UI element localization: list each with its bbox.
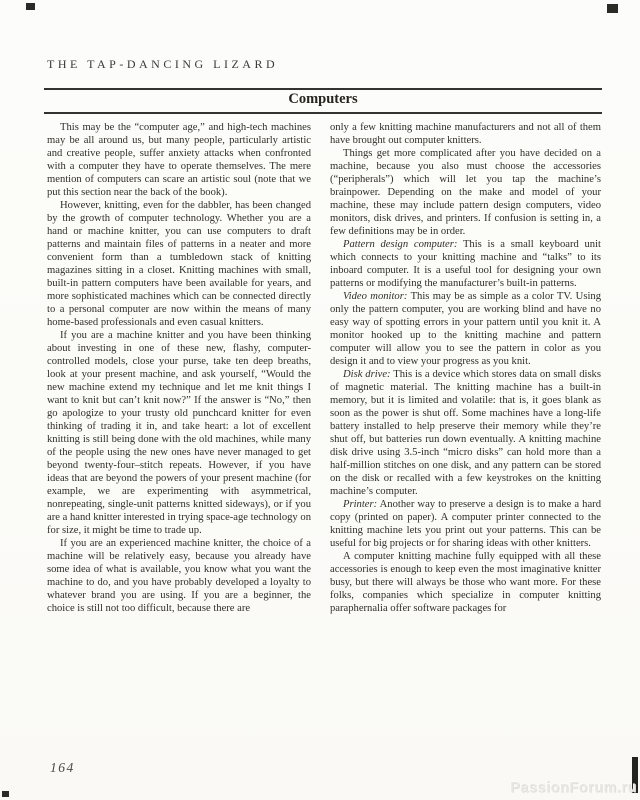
definition-paragraph: Video monitor: This may be as simple as … [330, 290, 601, 368]
header-rule-bottom [44, 112, 602, 114]
definition-paragraph: Pattern design computer: This is a small… [330, 238, 601, 290]
watermark: PassionForum.ru [510, 780, 637, 796]
definition-term: Disk drive: [343, 369, 391, 380]
page-number: 164 [50, 760, 75, 776]
right-column: only a few knitting machine manufacturer… [330, 121, 601, 615]
running-header: THE TAP-DANCING LIZARD [47, 57, 278, 72]
definition-paragraph: Disk drive: This is a device which store… [330, 368, 601, 498]
body-paragraph: However, knitting, even for the dabbler,… [47, 199, 311, 329]
definition-text: This may be as simple as a color TV. Usi… [330, 291, 601, 367]
scan-artifact-bottom-left [2, 791, 9, 797]
body-paragraph: only a few knitting machine manufacturer… [330, 121, 601, 147]
scanned-book-page: THE TAP-DANCING LIZARD Computers This ma… [0, 0, 640, 800]
header-rule-top [44, 88, 602, 90]
body-paragraph: If you are a machine knitter and you hav… [47, 329, 311, 537]
scan-artifact-top-right [607, 4, 618, 13]
body-paragraph: A computer knitting machine fully equipp… [330, 550, 601, 615]
definition-paragraph: Printer: Another way to preserve a desig… [330, 498, 601, 550]
left-column: This may be the “computer age,” and high… [47, 121, 311, 615]
definition-term: Video monitor: [343, 291, 407, 302]
body-paragraph: Things get more complicated after you ha… [330, 147, 601, 238]
definition-term: Pattern design computer: [343, 239, 457, 250]
body-paragraph: If you are an experienced machine knitte… [47, 537, 311, 615]
scan-artifact-top-left [26, 3, 35, 10]
definition-term: Printer: [343, 499, 377, 510]
definition-text: This is a device which stores data on sm… [330, 369, 601, 497]
body-paragraph: This may be the “computer age,” and high… [47, 121, 311, 199]
section-title: Computers [44, 91, 602, 108]
